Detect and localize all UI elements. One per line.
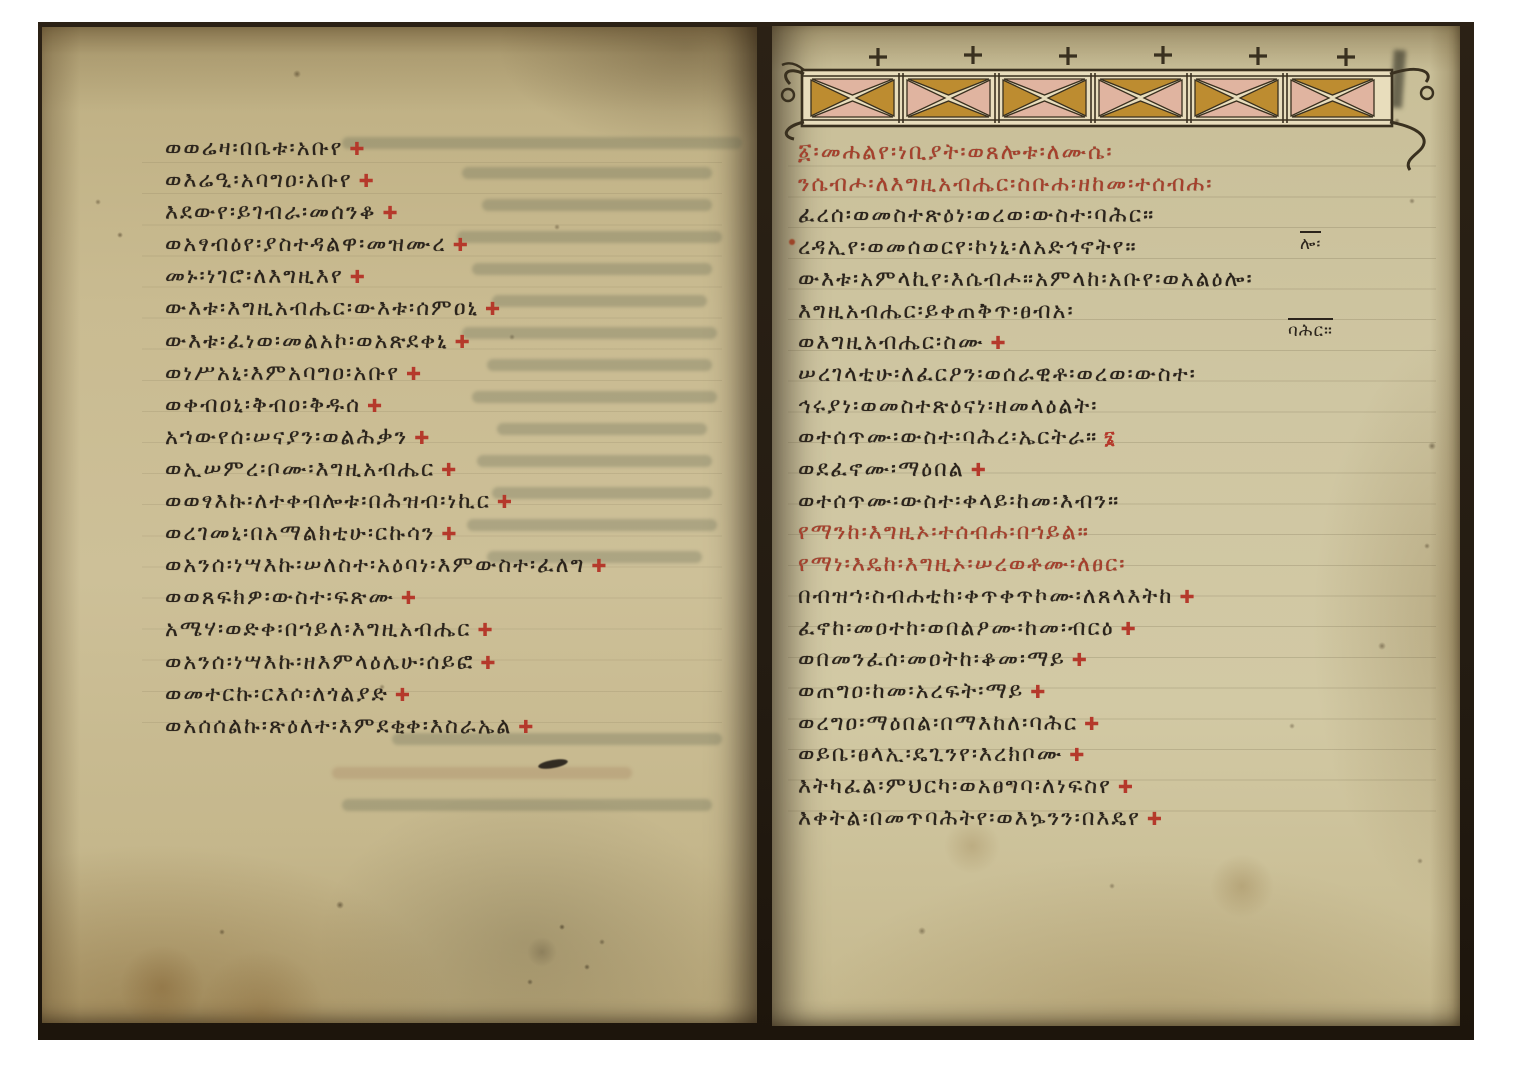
- line-text: ውእቱ፡አምላኪየ፡እሴብሖ።አምላከ፡አቡየ፡ወአልዕሎ፡: [798, 267, 1254, 292]
- bleedthrough-row: [342, 799, 712, 811]
- line-end-cross-icon: ✚: [350, 267, 367, 288]
- line-end-cross-icon: ✚: [518, 717, 535, 738]
- line-text: ወጠግዐ፡ከመ፡አረፍት፡ማይ: [798, 679, 1024, 704]
- line-end-cross-icon: ✚: [395, 685, 412, 706]
- text-line: ውእቱ፡ፈነወ፡መልአኮ፡ወአጽደቀኒ✚: [165, 326, 608, 358]
- line-end-cross-icon: ✚: [1179, 587, 1196, 608]
- text-line: ወእግዚአብሔር፡ስሙ✚: [798, 328, 1260, 360]
- line-text: ወመተርኩ፡ርእሶ፡ለጎልያድ: [165, 682, 389, 707]
- line-end-cross-icon: ✚: [414, 428, 431, 449]
- right-page-text: ፩፡መሐልየ፡ነቢያት፡ወጸሎቱ፡ለሙሴ፡ንሴብሖ፡ለእግዚአብሔር፡ስቡሐ፡ዘ…: [798, 138, 1260, 835]
- text-line: ወአንሰ፡ነሣእኩ፡ዘእምላዕሌሁ፡ሰይፎ✚: [165, 647, 608, 679]
- line-text: የማነ፡እዴከ፡እግዚኦ፡ሠረወቶሙ፡ለፀር፡: [798, 552, 1126, 577]
- line-end-cross-icon: ✚: [591, 556, 608, 577]
- text-line: ወደፈኖሙ፡ማዕበል✚: [798, 455, 1260, 487]
- line-end-cross-icon: ✚: [1121, 619, 1138, 640]
- text-line: ኅሩያነ፡ወመስተጽዕናነ፡ዘመላዕልት፡: [798, 392, 1260, 424]
- line-end-cross-icon: ✚: [441, 460, 458, 481]
- line-end-cross-icon: ✚: [1030, 682, 1047, 703]
- line-text: ወነሥአኒ፡እምአባግዐ፡አቡየ: [165, 361, 400, 386]
- text-line: ወይቤ፡ፀላኢ፡ዴጊንየ፡እረክቦሙ✚: [798, 740, 1260, 772]
- text-line: ወአንሰ፡ነሣእኩ፡ሠለስተ፡አዕባነ፡እምውስተ፡ፈለግ✚: [165, 550, 608, 582]
- line-text: በብዝኀ፡ስብሐቲከ፡ቀጥቀጥኮሙ፡ለጸላእትከ: [798, 584, 1173, 609]
- text-line: አኀውየሰ፡ሠናያን፡ወልሕቃን✚: [165, 422, 608, 454]
- text-line: ፩፡መሐልየ፡ነቢያት፡ወጸሎቱ፡ለሙሴ፡: [798, 138, 1260, 170]
- line-text: ሠረገላቲሁ፡ለፈርዖን፡ወሰራዊቶ፡ወረወ፡ውስተ፡: [798, 362, 1197, 387]
- text-line: ወአፃብዕየ፡ያስተዳልዋ፡መዝሙረ✚: [165, 229, 608, 261]
- text-line: ወአሰሰልኩ፡ጽዕለተ፡እምደቂቀ፡እስራኤል✚: [165, 711, 608, 743]
- line-end-cross-icon: ✚: [1118, 777, 1135, 798]
- line-end-cross-icon: ✚: [401, 588, 418, 609]
- text-line: ወወፃእኩ፡ለተቀብሎቱ፡በሕዝብ፡ነኪር✚: [165, 486, 608, 518]
- right-page: ፩፡መሐልየ፡ነቢያት፡ወጸሎቱ፡ለሙሴ፡ንሴብሖ፡ለእግዚአብሔር፡ስቡሐ፡ዘ…: [772, 26, 1460, 1026]
- text-line: የማንከ፡እግዚኦ፡ተሰብሐ፡በኀይል።: [798, 518, 1260, 550]
- text-line: ውእቱ፡አምላኪየ፡እሴብሖ።አምላከ፡አቡየ፡ወአልዕሎ፡: [798, 265, 1260, 297]
- text-line: ወእሬዒ፡አባግዐ፡አቡየ✚: [165, 165, 608, 197]
- line-text: ወረገመኒ፡በአማልክቲሁ፡ርኩሳን: [165, 521, 435, 546]
- line-text: ውእቱ፡እግዚአብሔር፡ውእቱ፡ሰምዐኒ: [165, 296, 479, 321]
- line-text: እግዚአብሔር፡ይቀጠቅጥ፡ፀብአ፡: [798, 299, 1075, 324]
- line-text: እደውየ፡ይገብራ፡መሰንቆ: [165, 200, 377, 225]
- margin-fleck: [789, 239, 795, 245]
- line-end-cross-icon: ✚: [455, 332, 472, 353]
- text-line: ወመተርኩ፡ርእሶ፡ለጎልያድ✚: [165, 679, 608, 711]
- line-text: ውእቱ፡ፈነወ፡መልአኮ፡ወአጽደቀኒ: [165, 329, 449, 354]
- line-text: ወደፈኖሙ፡ማዕበል: [798, 457, 965, 482]
- left-page: ወወሬዛ፡በቤቱ፡አቡየ✚ወእሬዒ፡አባግዐ፡አቡየ✚እደውየ፡ይገብራ፡መሰን…: [42, 27, 757, 1023]
- text-line: የማነ፡እዴከ፡እግዚኦ፡ሠረወቶሙ፡ለፀር፡: [798, 550, 1260, 582]
- line-text: ወወፃእኩ፡ለተቀብሎቱ፡በሕዝብ፡ነኪር: [165, 489, 491, 514]
- line-text: ወአፃብዕየ፡ያስተዳልዋ፡መዝሙረ: [165, 232, 447, 257]
- line-end-cross-icon: ✚: [1147, 809, 1164, 830]
- text-line: ወነሥአኒ፡እምአባግዐ፡አቡየ✚: [165, 358, 608, 390]
- line-end-cross-icon: ✚: [406, 364, 423, 385]
- line-end-cross-icon: ✚: [480, 653, 497, 674]
- text-line: በብዝኀ፡ስብሐቲከ፡ቀጥቀጥኮሙ፡ለጸላእትከ✚: [798, 582, 1260, 614]
- left-page-text: ወወሬዛ፡በቤቱ፡አቡየ✚ወእሬዒ፡አባግዐ፡አቡየ✚እደውየ፡ይገብራ፡መሰን…: [165, 133, 608, 743]
- line-text: አኀውየሰ፡ሠናያን፡ወልሕቃን: [165, 425, 408, 450]
- line-text: የማንከ፡እግዚኦ፡ተሰብሐ፡በኀይል።: [798, 520, 1090, 545]
- text-line: ወረግዐ፡ማዕበል፡በማእከለ፡ባሕር✚: [798, 709, 1260, 741]
- text-line: ፈኖከ፡መዐተከ፡ወበልዖሙ፡ከመ፡ብርዕ✚: [798, 614, 1260, 646]
- text-line: ሠረገላቲሁ፡ለፈርዖን፡ወሰራዊቶ፡ወረወ፡ውስተ፡: [798, 360, 1260, 392]
- line-end-cross-icon: ✚: [383, 203, 400, 224]
- text-line: ወበመንፈሰ፡መዐትከ፡ቆመ፡ማይ✚: [798, 645, 1260, 677]
- line-text: ወአሰሰልኩ፡ጽዕለተ፡እምደቂቀ፡እስራኤል: [165, 714, 512, 739]
- line-text: ፈረሰ፡ወመስተጽዕነ፡ወረወ፡ውስተ፡ባሕር።: [798, 203, 1155, 228]
- text-line: ፈረሰ፡ወመስተጽዕነ፡ወረወ፡ውስተ፡ባሕር።: [798, 201, 1260, 233]
- margin-insertion: ሎ፡: [1300, 231, 1321, 254]
- line-text: ወረግዐ፡ማዕበል፡በማእከለ፡ባሕር: [798, 711, 1078, 736]
- text-line: ረዳኢየ፡ወመሰወርየ፡ኮነኒ፡ለአድኅኖትየ።: [798, 233, 1260, 265]
- line-text: ወተሰጥሙ፡ውስተ፡ቀላይ፡ከመ፡እብን።: [798, 489, 1120, 514]
- line-end-cross-icon: ✚: [485, 299, 502, 320]
- text-line: ወወጸፍክዎ፡ውስተ፡ፍጽሙ✚: [165, 582, 608, 614]
- bleedthrough-row: [332, 767, 632, 779]
- line-text: ወይቤ፡ፀላኢ፡ዴጊንየ፡እረክቦሙ: [798, 742, 1063, 767]
- line-text: ወእግዚአብሔር፡ስሙ: [798, 330, 984, 355]
- line-end-cross-icon: ✚: [367, 396, 384, 417]
- scan-canvas: ወወሬዛ፡በቤቱ፡አቡየ✚ወእሬዒ፡አባግዐ፡አቡየ✚እደውየ፡ይገብራ፡መሰን…: [0, 0, 1515, 1071]
- band-crosses-icon: [869, 46, 1355, 66]
- line-text: ንሴብሖ፡ለእግዚአብሔር፡ስቡሐ፡ዘከመ፡ተሰብሐ፡: [798, 172, 1213, 197]
- line-end-cross-icon: ✚: [1069, 745, 1086, 766]
- line-text: ወእሬዒ፡አባግዐ፡አቡየ: [165, 168, 353, 193]
- line-text: ወአንሰ፡ነሣእኩ፡ሠለስተ፡አዕባነ፡እምውስተ፡ፈለግ: [165, 553, 585, 578]
- text-line: እደውየ፡ይገብራ፡መሰንቆ✚: [165, 197, 608, 229]
- text-line: እትካፈል፡ምህርካ፡ወአፀግባ፡ለነፍስየ✚: [798, 772, 1260, 804]
- text-line: ወጠግዐ፡ከመ፡አረፍት፡ማይ✚: [798, 677, 1260, 709]
- line-text: ፈኖከ፡መዐተከ፡ወበልዖሙ፡ከመ፡ብርዕ: [798, 616, 1115, 641]
- line-text: ረዳኢየ፡ወመሰወርየ፡ኮነኒ፡ለአድኅኖትየ።: [798, 235, 1138, 260]
- line-end-cross-icon: ✚: [359, 171, 376, 192]
- book-photo: ወወሬዛ፡በቤቱ፡አቡየ✚ወእሬዒ፡አባግዐ፡አቡየ✚እደውየ፡ይገብራ፡መሰን…: [38, 22, 1474, 1040]
- text-line: ንሴብሖ፡ለእግዚአብሔር፡ስቡሐ፡ዘከመ፡ተሰብሐ፡: [798, 170, 1260, 202]
- line-text: አሜሃ፡ወድቀ፡በኀይለ፡እግዚአብሔር: [165, 617, 471, 642]
- line-text: ወበመንፈሰ፡መዐትከ፡ቆመ፡ማይ: [798, 647, 1066, 672]
- line-end-cross-icon: ፮: [1104, 428, 1117, 449]
- line-text: ፩፡መሐልየ፡ነቢያት፡ወጸሎቱ፡ለሙሴ፡: [798, 140, 1114, 165]
- margin-insertion: ባሕር።: [1288, 318, 1333, 341]
- ink-smudge: [538, 757, 569, 770]
- text-line: ወወሬዛ፡በቤቱ፡አቡየ✚: [165, 133, 608, 165]
- line-text: እትካፈል፡ምህርካ፡ወአፀግባ፡ለነፍስየ: [798, 774, 1112, 799]
- line-text: እቀትል፡በመጥባሕትየ፡ወእኴንን፡በእዴየ: [798, 806, 1141, 831]
- line-end-cross-icon: ✚: [1084, 714, 1101, 735]
- text-line: ወተሰጥሙ፡ውስተ፡ቀላይ፡ከመ፡እብን።: [798, 487, 1260, 519]
- text-line: ወተሰጥሙ፡ውስተ፡ባሕረ፡ኤርትራ።፮: [798, 423, 1260, 455]
- line-end-cross-icon: ✚: [990, 333, 1007, 354]
- line-text: ወኢሠምረ፡ቦሙ፡እግዚአብሔር: [165, 457, 435, 482]
- text-line: እግዚአብሔር፡ይቀጠቅጥ፡ፀብአ፡: [798, 297, 1260, 329]
- text-line: ወረገመኒ፡በአማልክቲሁ፡ርኩሳን✚: [165, 518, 608, 550]
- text-line: መኑ፡ነገሮ፡ለእግዚእየ✚: [165, 261, 608, 293]
- line-end-cross-icon: ✚: [477, 620, 494, 641]
- line-end-cross-icon: ✚: [441, 524, 458, 545]
- line-text: ወወጸፍክዎ፡ውስተ፡ፍጽሙ: [165, 585, 395, 610]
- line-end-cross-icon: ✚: [349, 139, 366, 160]
- line-end-cross-icon: ✚: [453, 235, 470, 256]
- text-line: እቀትል፡በመጥባሕትየ፡ወእኴንን፡በእዴየ✚: [798, 804, 1260, 836]
- text-line: አሜሃ፡ወድቀ፡በኀይለ፡እግዚአብሔር✚: [165, 614, 608, 646]
- line-end-cross-icon: ✚: [497, 492, 514, 513]
- line-text: ወወሬዛ፡በቤቱ፡አቡየ: [165, 136, 343, 161]
- line-end-cross-icon: ✚: [1072, 650, 1089, 671]
- line-text: መኑ፡ነገሮ፡ለእግዚእየ: [165, 264, 344, 289]
- text-line: ውእቱ፡እግዚአብሔር፡ውእቱ፡ሰምዐኒ✚: [165, 293, 608, 325]
- line-text: ኅሩያነ፡ወመስተጽዕናነ፡ዘመላዕልት፡: [798, 394, 1098, 419]
- line-text: ወቀብዐኒ፡ቅብዐ፡ቅዱሰ: [165, 393, 361, 418]
- line-text: ወአንሰ፡ነሣእኩ፡ዘእምላዕሌሁ፡ሰይፎ: [165, 650, 474, 675]
- band-finial-right-icon: [1390, 69, 1433, 170]
- line-end-cross-icon: ✚: [971, 460, 988, 481]
- text-line: ወኢሠምረ፡ቦሙ፡እግዚአብሔር✚: [165, 454, 608, 486]
- line-text: ወተሰጥሙ፡ውስተ፡ባሕረ፡ኤርትራ።: [798, 425, 1098, 450]
- text-line: ወቀብዐኒ፡ቅብዐ፡ቅዱሰ✚: [165, 390, 608, 422]
